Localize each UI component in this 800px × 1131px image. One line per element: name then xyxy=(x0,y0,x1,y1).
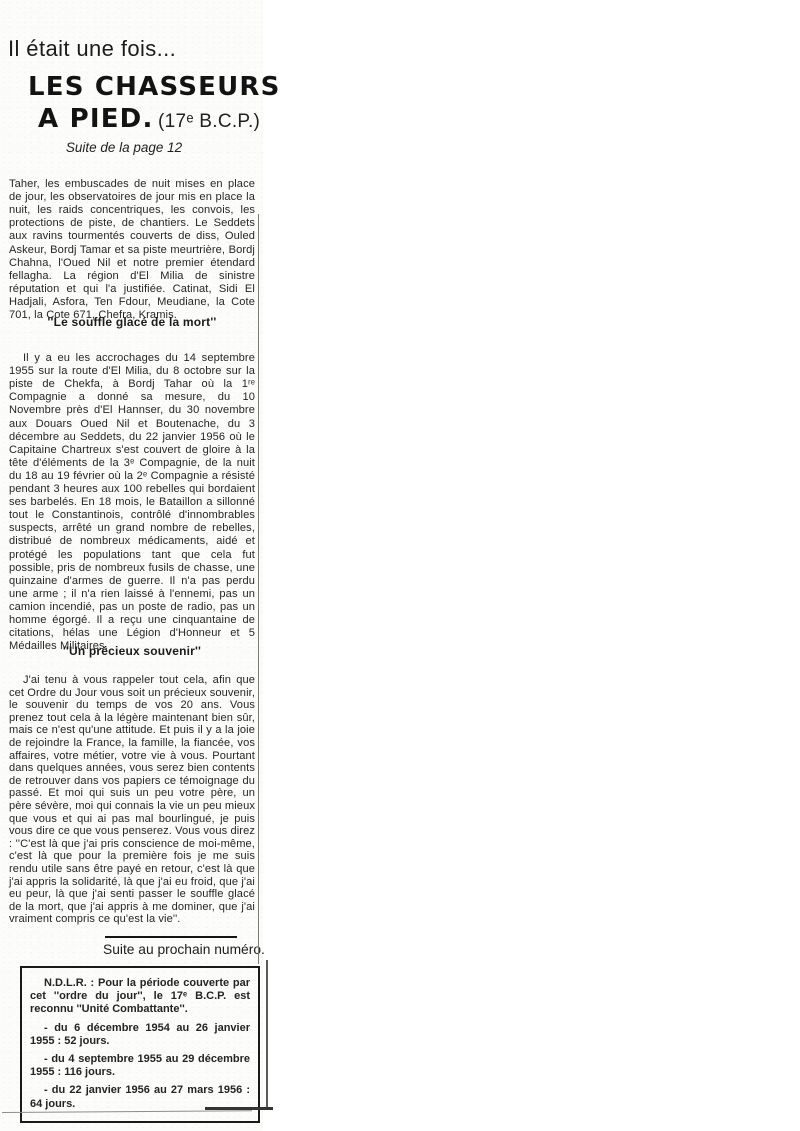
article-headline-line1: LES CHASSEURS xyxy=(28,72,281,102)
editor-note-box: N.D.L.R. : Pour la période couverte par … xyxy=(20,966,260,1123)
newspaper-clipping: Il était une fois... LES CHASSEURS A PIE… xyxy=(0,0,263,1131)
continuation-from-note: Suite de la page 12 xyxy=(0,140,248,155)
editor-note-item: - du 4 septembre 1955 au 29 décembre 195… xyxy=(30,1053,250,1079)
editor-note-item: - du 6 décembre 1954 au 26 janvier 1955 … xyxy=(30,1022,250,1048)
headline-main-text: A PIED. xyxy=(38,104,154,134)
article-paragraph-2: Il y a eu les accrochages du 14 septembr… xyxy=(9,352,255,653)
footer-rule xyxy=(105,936,237,938)
headline-unit-designation: (17ᵉ B.C.P.) xyxy=(158,111,260,132)
article-kicker: Il était une fois... xyxy=(8,36,176,62)
article-subheading-1: ''Le souffle glacé de la mort'' xyxy=(9,315,255,329)
article-paragraph-3: J'ai tenu à vous rappeler tout cela, afi… xyxy=(9,674,255,926)
clipping-edge-line-lower xyxy=(266,960,268,1108)
editor-note-intro: N.D.L.R. : Pour la période couverte par … xyxy=(30,977,250,1017)
clipping-edge-line xyxy=(258,214,259,964)
article-subheading-2: ''Un précieux souvenir'' xyxy=(9,644,255,658)
scan-bottom-mark xyxy=(205,1107,273,1110)
article-headline-line2: A PIED. (17ᵉ B.C.P.) xyxy=(38,104,260,134)
continuation-next-note: Suite au prochain numéro. xyxy=(103,942,265,957)
article-paragraph-1: Taher, les embuscades de nuit mises en p… xyxy=(9,178,255,322)
scanned-page: Il était une fois... LES CHASSEURS A PIE… xyxy=(0,0,800,1131)
